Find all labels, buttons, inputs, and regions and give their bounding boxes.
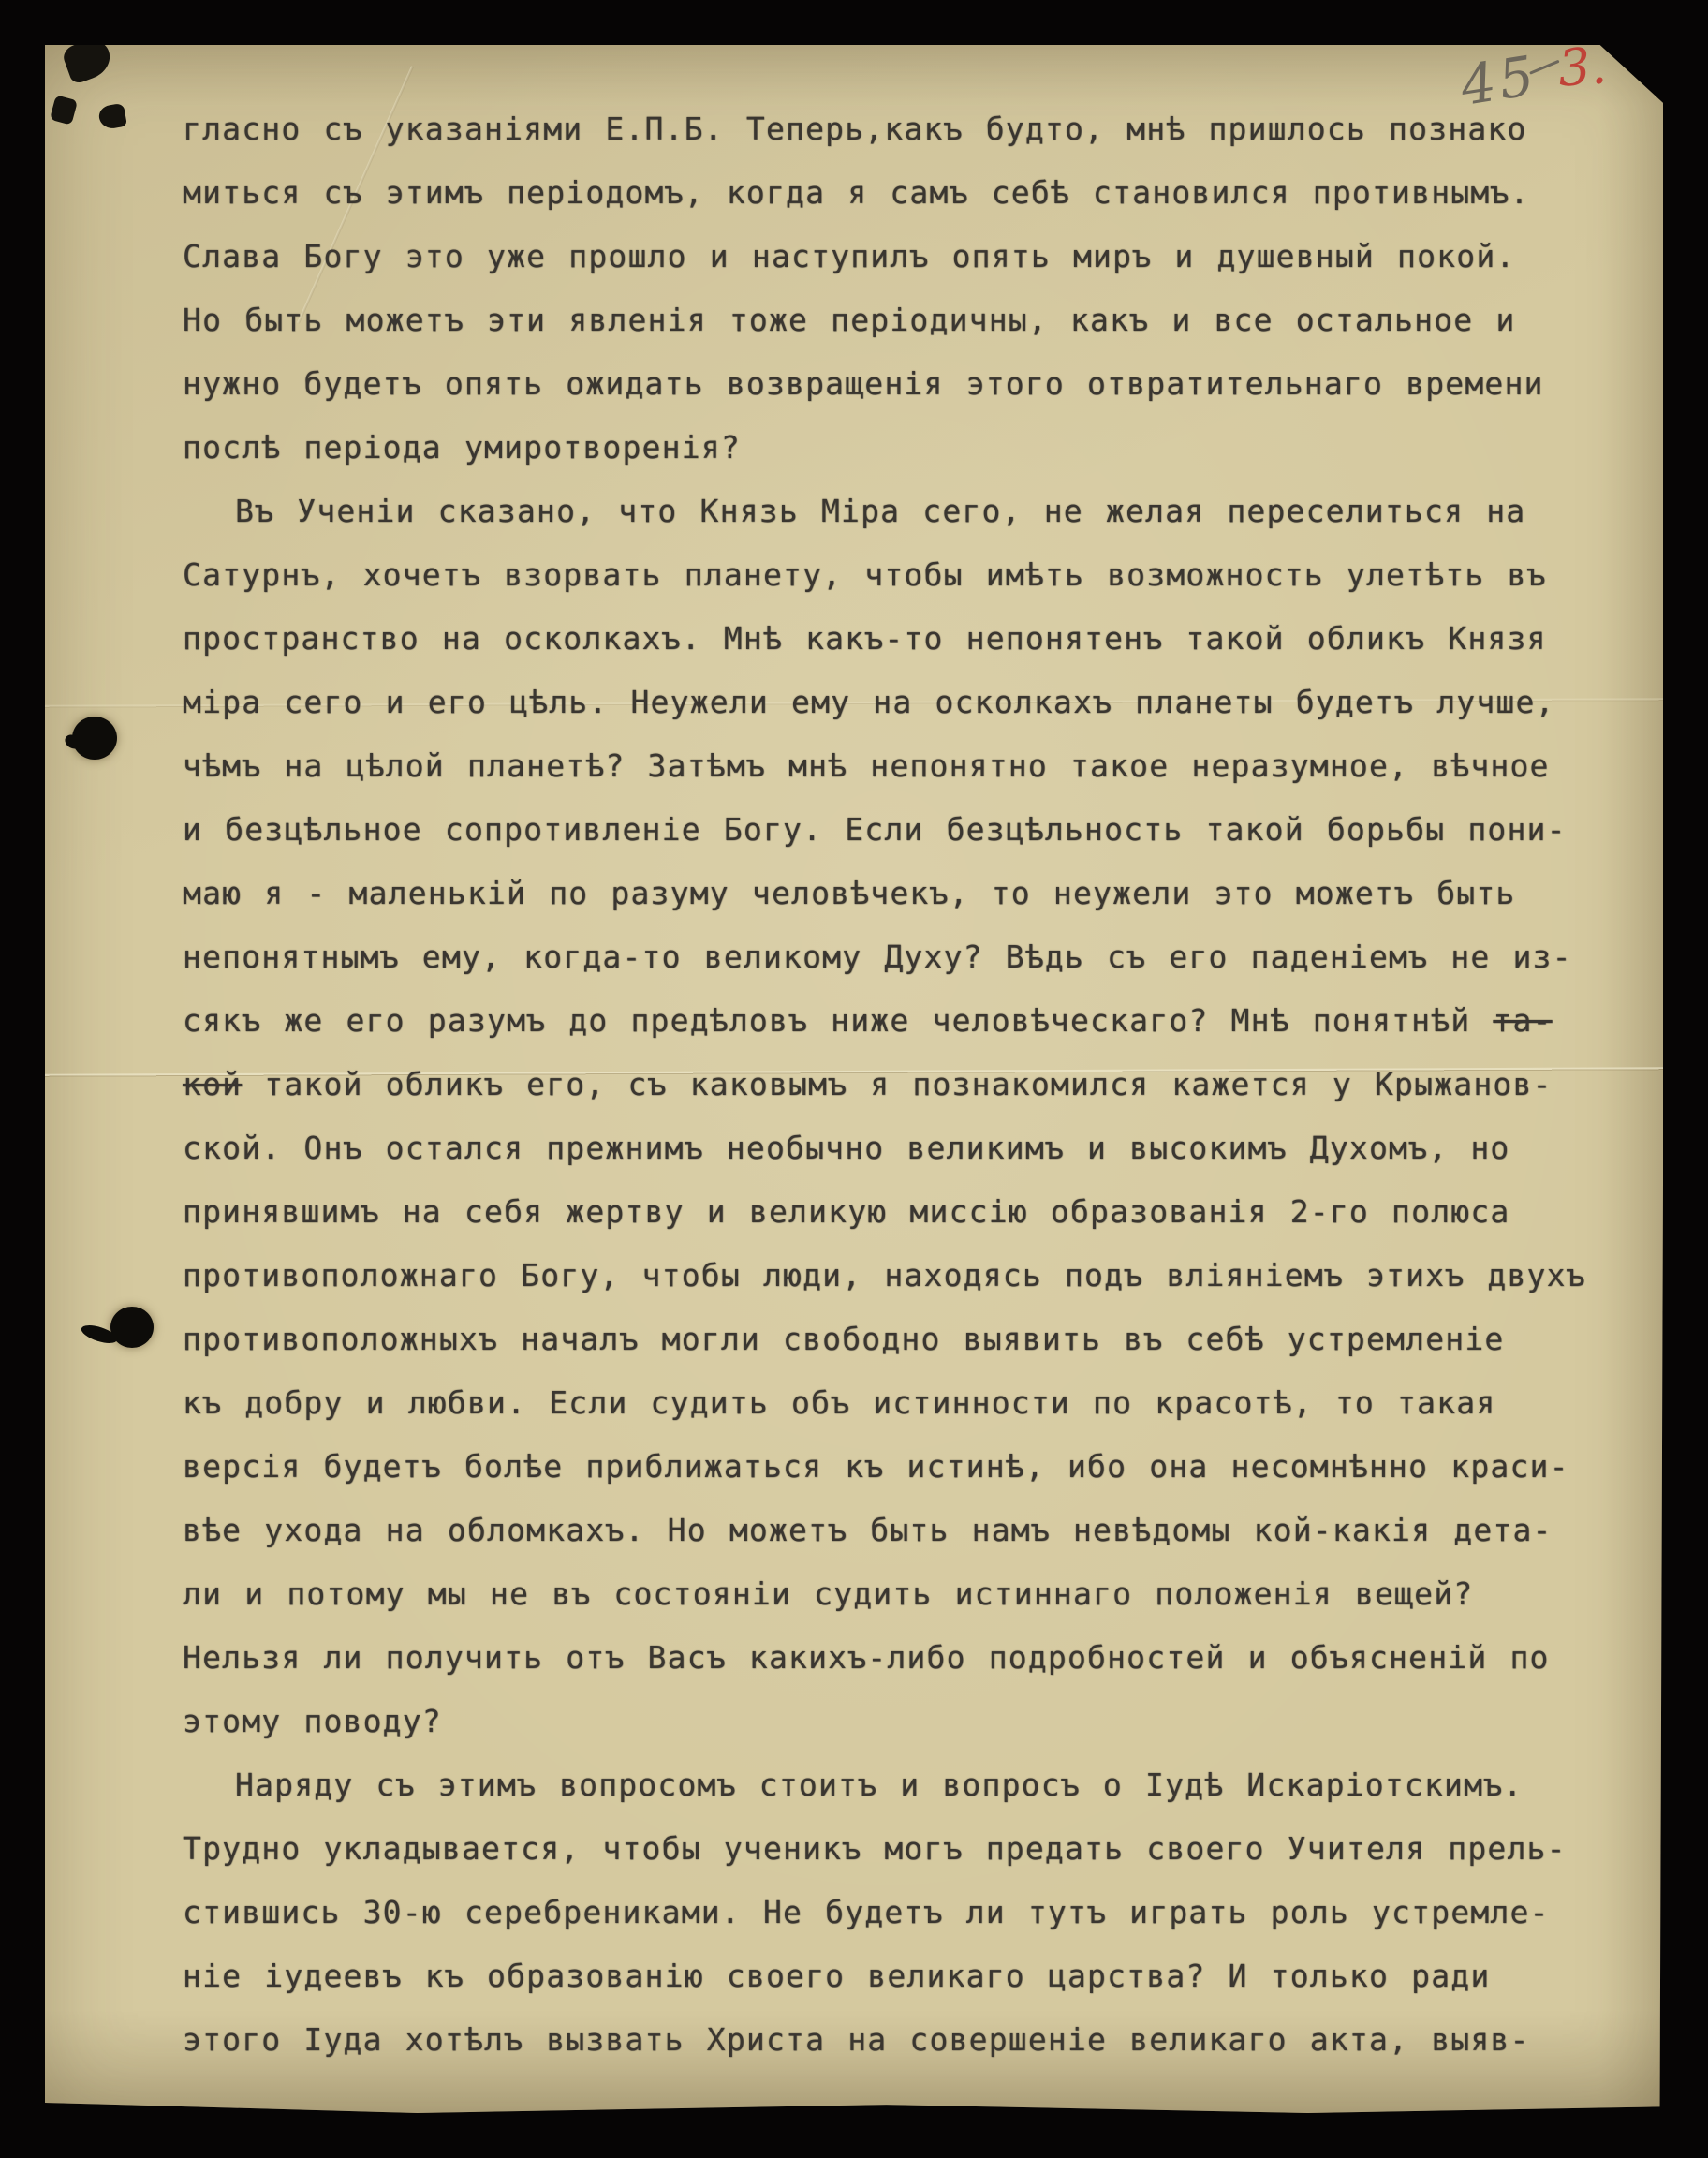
typed-line: версія будетъ болѣе приближаться къ исти… bbox=[183, 1435, 1602, 1499]
typed-line-segment: сякъ же его разумъ до предѣловъ ниже чел… bbox=[183, 1002, 1493, 1039]
typed-line: Нельзя ли получить отъ Васъ какихъ-либо … bbox=[183, 1626, 1602, 1690]
ink-blot bbox=[97, 103, 127, 130]
page-number-red: 3. bbox=[1556, 36, 1609, 97]
typed-line: послѣ періода умиротворенія? bbox=[183, 416, 1602, 480]
typed-line-segment: такой обликъ его, съ каковымъ я познаком… bbox=[242, 1066, 1552, 1102]
typed-line: ли и потому мы не въ состояніи судить ис… bbox=[183, 1562, 1602, 1626]
typed-line: ніе іудеевъ къ образованію своего велика… bbox=[183, 1944, 1602, 2008]
typed-line: миться съ этимъ періодомъ, когда я самъ … bbox=[183, 161, 1602, 225]
typed-line: Сатурнъ, хочетъ взорвать планету, чтобы … bbox=[183, 543, 1602, 607]
typed-line: къ добру и любви. Если судить объ истинн… bbox=[183, 1371, 1602, 1435]
typed-line: маю я - маленькій по разуму человѣчекъ, … bbox=[183, 862, 1602, 925]
typed-line: Но быть можетъ эти явленія тоже періодич… bbox=[183, 288, 1602, 352]
punch-hole-bottom bbox=[110, 1307, 154, 1348]
punch-hole-top bbox=[72, 717, 117, 760]
typed-line: кой такой обликъ его, съ каковымъ я позн… bbox=[183, 1053, 1602, 1116]
typed-line: ской. Онъ остался прежнимъ необычно вели… bbox=[183, 1116, 1602, 1180]
typed-line: Трудно укладывается, чтобы ученикъ могъ … bbox=[183, 1817, 1602, 1881]
typed-line: чѣмъ на цѣлой планетѣ? Затѣмъ мнѣ непоня… bbox=[183, 734, 1602, 798]
typed-line: Наряду съ этимъ вопросомъ стоитъ и вопро… bbox=[183, 1753, 1602, 1817]
typed-line: непонятнымъ ему, когда-то великому Духу?… bbox=[183, 925, 1602, 989]
typed-line: сякъ же его разумъ до предѣловъ ниже чел… bbox=[183, 989, 1602, 1053]
typed-line: этому поводу? bbox=[183, 1690, 1602, 1753]
typed-line: Слава Богу это уже прошло и наступилъ оп… bbox=[183, 225, 1602, 288]
typed-line: вѣе ухода на обломкахъ. Но можетъ быть н… bbox=[183, 1499, 1602, 1562]
typed-line: міра сего и его цѣль. Неужели ему на оск… bbox=[183, 671, 1602, 734]
typed-line: стившись 30-ю серебрениками. Не будетъ л… bbox=[183, 1881, 1602, 1944]
struck-word: та- bbox=[1493, 1002, 1552, 1039]
scan-background: { "page": { "pencil_number": "45", "red_… bbox=[0, 0, 1708, 2158]
typed-line: противоположнаго Богу, чтобы люди, наход… bbox=[183, 1244, 1602, 1308]
typed-line: принявшимъ на себя жертву и великую мисс… bbox=[183, 1180, 1602, 1244]
ink-blot bbox=[61, 35, 116, 85]
typed-text-block: гласно съ указаніями Е.П.Б. Теперь,какъ … bbox=[183, 97, 1602, 2072]
typed-line: нужно будетъ опять ожидать возвращенія э… bbox=[183, 352, 1602, 416]
document-page: 45 3. гласно съ указаніями Е.П.Б. Теперь… bbox=[45, 45, 1663, 2113]
struck-word: кой bbox=[183, 1066, 242, 1102]
typed-line: противоположныхъ началъ могли свободно в… bbox=[183, 1308, 1602, 1371]
typed-line: гласно съ указаніями Е.П.Б. Теперь,какъ … bbox=[183, 97, 1602, 161]
typed-line: пространство на осколкахъ. Мнѣ какъ-то н… bbox=[183, 607, 1602, 671]
typed-line: и безцѣльное сопротивленіе Богу. Если бе… bbox=[183, 798, 1602, 862]
typed-line: этого Іуда хотѣлъ вызвать Христа на сове… bbox=[183, 2008, 1602, 2072]
ink-blot bbox=[50, 95, 78, 125]
typed-line: Въ Ученіи сказано, что Князь Міра сего, … bbox=[183, 480, 1602, 543]
